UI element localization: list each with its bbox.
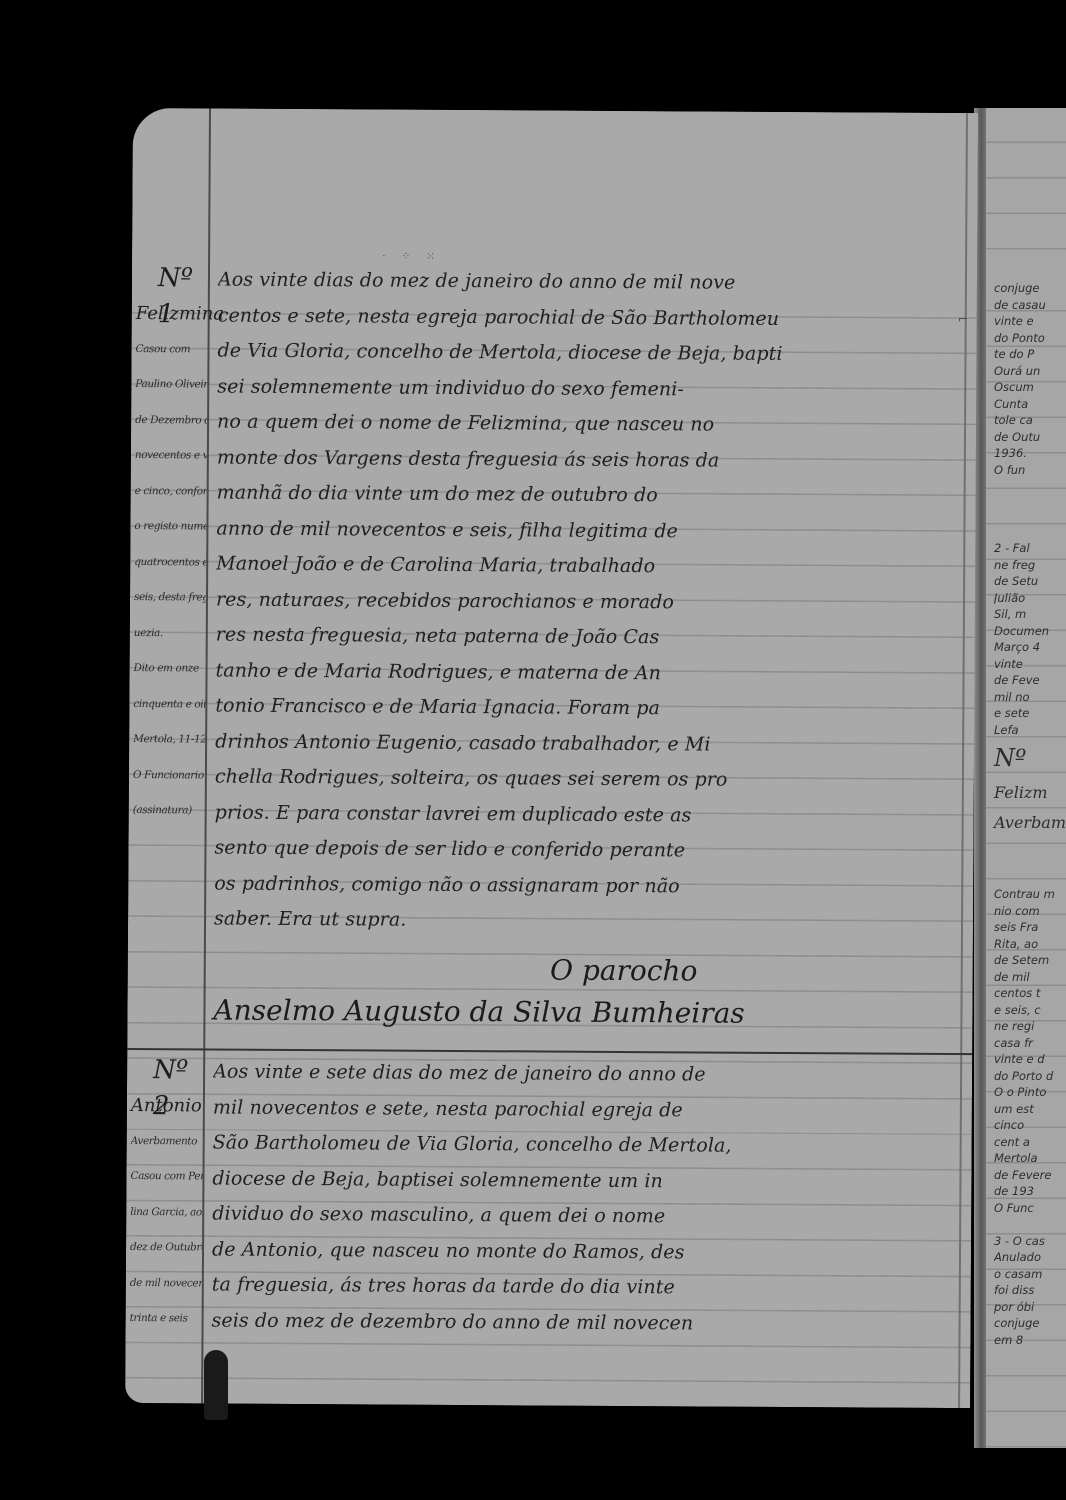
facing-note-line: Documen [994,623,1066,640]
facing-note-line [994,1216,1066,1233]
facing-note-line: de casau [994,297,1066,314]
text-line: anno de mil novecentos e seis, filha leg… [216,511,956,551]
entry-2-margin: Nº 2 Antonio Averbamento Casou com Pertu… [129,1052,203,1337]
text-line: no a quem dei o nome de Felizmina, que n… [217,405,957,445]
text-line: mil novecentos e sete, nesta parochial e… [213,1090,953,1130]
text-line: sei solemnemente um individuo do sexo fe… [217,369,957,409]
margin-note-line: Casou com [135,332,207,368]
margin-note-line: trinta e seis [129,1301,201,1337]
facing-note-line: centos t [994,985,1066,1002]
facing-note-line: O Func [994,1200,1066,1217]
baptism-entry-1: Nº 1 Felizmina Casou com Paulino Oliveir… [132,260,977,265]
facing-page-notes-mid: 2 - Fal ne freg de Setu Julião Sil, m Do… [994,540,1066,838]
text-line: chella Rodrigues, solteira, os quaes sei… [215,760,955,800]
register-page-left: · ⁘ ⁙ Nº 1 Felizmina Casou com Paulino O… [125,108,978,1408]
facing-note-line: Rita, ao [994,936,1066,953]
facing-note-line: 2 - Fal [994,540,1066,557]
facing-note-line: casa fr [994,1035,1066,1052]
facing-page-notes-top: conjuge de casau vinte e do Ponto te do … [994,280,1066,478]
facing-note-line: conjuge [994,1315,1066,1332]
facing-note-line: de Fevere [994,1167,1066,1184]
facing-note-line: por óbi [994,1299,1066,1316]
facing-note-line: de mil [994,969,1066,986]
facing-note-line: o casam [994,1266,1066,1283]
facing-entry-name: Felizm [994,778,1066,808]
margin-note-line: Dito em onze [133,651,205,687]
text-line: de Via Gloria, concelho de Mertola, dioc… [217,334,957,374]
facing-note-line: Mertola [994,1150,1066,1167]
margin-note-line: de mil novecentos [130,1266,202,1302]
text-line: drinhos Antonio Eugenio, casado trabalha… [215,724,955,764]
margin-note-line: uezia. [134,616,206,652]
facing-note-line: O fun [994,462,1066,479]
margin-note-line: o registo numero [134,509,206,545]
facing-note-line: Lefa [994,722,1066,739]
text-line: tonio Francisco e de Maria Ignacia. Fora… [215,689,955,729]
facing-note-line: Anulado [994,1249,1066,1266]
text-line: seis do mez de dezembro do anno de mil n… [211,1303,951,1343]
text-line: res, naturaes, recebidos parochianos e m… [216,582,956,622]
facing-page-notes-low: Contrau m nio com seis Fra Rita, ao de S… [994,886,1066,1348]
text-line: São Bartholomeu de Via Gloria, concelho … [213,1126,953,1166]
margin-note-line: Mertola, 11-12-935 [133,722,205,758]
facing-note-line: nio com [994,903,1066,920]
facing-note-line: de Outu [994,429,1066,446]
page-marks: · ⁘ ⁙ [382,250,441,263]
facing-note-line: Cunta [994,396,1066,413]
text-line: res nesta freguesia, neta paterna de Joã… [216,618,956,658]
facing-note-line: Março 4 [994,639,1066,656]
facing-note-line: vinte [994,656,1066,673]
text-line: Aos vinte dias do mez de janeiro do anno… [218,263,958,303]
binding-tab [204,1350,228,1420]
margin-signature: (assinatura) [133,793,205,829]
facing-note-line: de Feve [994,672,1066,689]
margin-note-line: de Dezembro de mil [135,403,207,439]
text-line: de Antonio, que nasceu no monte do Ramos… [212,1232,952,1272]
signature-title: O parocho [214,949,954,994]
text-line: centos e sete, nesta egreja parochial de… [218,298,958,338]
facing-note-line: e seis, c [994,1002,1066,1019]
facing-note-line: te do P [994,346,1066,363]
pencil-mark: ⌐ [958,312,968,326]
facing-note-line: do Ponto [994,330,1066,347]
facing-note-line: de Setem [994,952,1066,969]
margin-note-line: Averbamento [131,1124,203,1160]
entry-2-text: Aos vinte e sete dias do mez de janeiro … [211,1055,953,1344]
facing-note-line: 1936. [994,445,1066,462]
facing-note-line: conjuge [994,280,1066,297]
margin-note-line: Paulino Oliveira dez [135,367,207,403]
text-line: manhã do dia vinte um do mez de outubro … [217,476,957,516]
facing-note-line: seis Fra [994,919,1066,936]
text-line: diocese de Beja, baptisei solemnemente u… [212,1161,952,1201]
margin-note-line: O Funcionario [133,758,205,794]
right-margin-rule [958,113,967,1408]
facing-note-line: 3 - O cas [994,1233,1066,1250]
facing-note-line: mil no [994,689,1066,706]
priest-signature: O parocho Anselmo Augusto da Silva Bumhe… [213,949,953,1038]
entry-name: Antonio [131,1088,203,1124]
entry-name: Felizmina [136,296,208,332]
facing-note-line: Julião [994,590,1066,607]
margin-note-line: cinquenta e oito [133,687,205,723]
facing-note-line: vinte e [994,313,1066,330]
facing-entry-note: Averbam [994,808,1066,838]
facing-note-line: cent a [994,1134,1066,1151]
text-line: monte dos Vargens desta freguesia ás sei… [217,440,957,480]
text-line: dividuo do sexo masculino, a quem dei o … [212,1197,952,1237]
entry-1-margin: Nº 1 Felizmina Casou com Paulino Oliveir… [133,260,208,829]
facing-note-line: O o Pinto [994,1084,1066,1101]
facing-note-line: de 193 [994,1183,1066,1200]
facing-entry-number: Nº [994,738,1066,778]
text-line: Manoel João e de Carolina Maria, trabalh… [216,547,956,587]
entry-number: Nº 2 [131,1052,203,1088]
margin-note-line: novecentos e vinte [135,438,207,474]
text-line: sento que depois de ser lido e conferido… [214,831,954,871]
entry-number: Nº 1 [136,260,208,296]
facing-note-line: foi diss [994,1282,1066,1299]
facing-note-line: em 8 [994,1332,1066,1349]
facing-note-line: um est [994,1101,1066,1118]
text-line: tanho e de Maria Rodrigues, e materna de… [215,653,955,693]
facing-note-line: e sete [994,705,1066,722]
facing-note-line: Sil, m [994,606,1066,623]
margin-note-line: e cinco, conforme [135,474,207,510]
facing-note-line: Oscum [994,379,1066,396]
facing-note-line: ne regi [994,1018,1066,1035]
facing-note-line: ne freg [994,557,1066,574]
text-line: ta freguesia, ás tres horas da tarde do … [212,1268,952,1308]
facing-note-line: do Porto d [994,1068,1066,1085]
facing-note-line: de Setu [994,573,1066,590]
margin-note-line: lina Garcia, aos [130,1195,202,1231]
margin-note-line: dez de Outubro [130,1230,202,1266]
facing-note-line: tole ca [994,412,1066,429]
margin-note-line: seis, desta freg [134,580,206,616]
text-line: Aos vinte e sete dias do mez de janeiro … [213,1055,953,1095]
entry-1-text: Aos vinte dias do mez de janeiro do anno… [214,263,958,942]
facing-note-line: cinco [994,1117,1066,1134]
text-line: os padrinhos, comigo não o assignaram po… [214,866,954,906]
facing-page-right: conjuge de casau vinte e do Ponto te do … [986,108,1066,1448]
text-line: saber. Era ut supra. [214,902,954,942]
facing-note-line: Contrau m [994,886,1066,903]
facing-note-line: vinte e d [994,1051,1066,1068]
facing-note-line: Ourá un [994,363,1066,380]
signature-name: Anselmo Augusto da Silva Bumheiras [213,989,953,1038]
margin-note-line: Casou com Pertu- [130,1159,202,1195]
text-line: prios. E para constar lavrei em duplicad… [215,795,955,835]
margin-note-line: quatrocentos e [134,545,206,581]
